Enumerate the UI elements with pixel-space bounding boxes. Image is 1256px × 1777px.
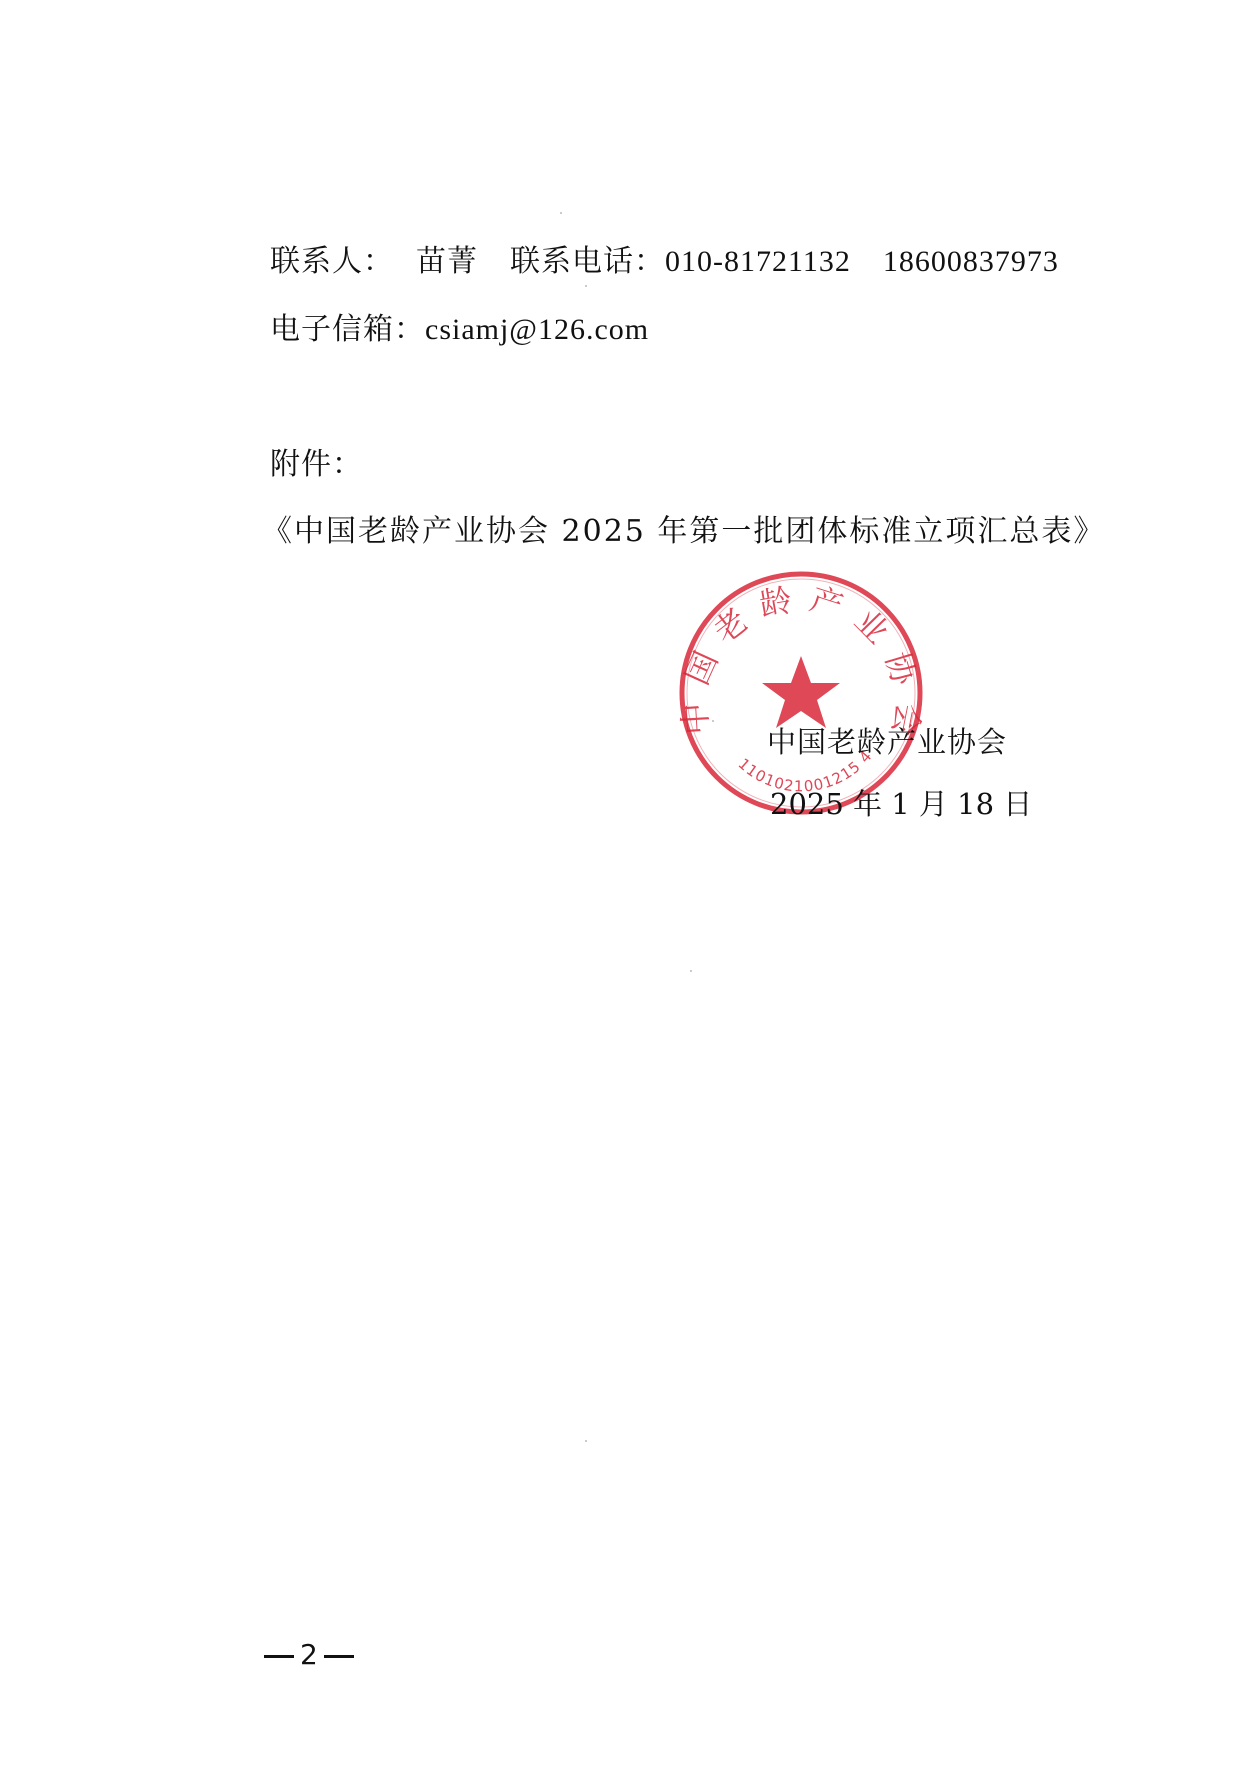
scan-speck bbox=[585, 1440, 587, 1442]
scan-speck bbox=[585, 285, 587, 287]
attachment-label: 附件： bbox=[270, 445, 363, 485]
contact-line: 联系人：苗菁联系电话：010-8172113218600837973 bbox=[270, 242, 1059, 282]
email-address: csiamj@126.com bbox=[425, 313, 649, 346]
signature-organization: 中国老龄产业协会 bbox=[767, 723, 1007, 761]
scan-speck bbox=[712, 720, 714, 722]
official-seal: 中国老龄产业协会 1101021001215 4 bbox=[676, 568, 926, 818]
scan-speck bbox=[560, 212, 562, 214]
email-line: 电子信箱：csiamj@126.com bbox=[270, 310, 649, 350]
page-number: 2 bbox=[258, 1638, 360, 1672]
attachment-title: 《中国老龄产业协会 2025 年第一批团体标准立项汇总表》 bbox=[262, 512, 1105, 552]
signature-date: 2025 年 1 月 18 日 bbox=[770, 785, 1032, 823]
contact-phone-label: 联系电话： bbox=[510, 244, 665, 279]
star-icon bbox=[762, 656, 840, 728]
contact-person-name: 苗菁 bbox=[416, 244, 478, 279]
contact-phone-landline: 010-81721132 bbox=[665, 245, 851, 278]
dash-right bbox=[324, 1655, 354, 1658]
page-number-value: 2 bbox=[300, 1638, 318, 1671]
dash-left bbox=[264, 1655, 294, 1658]
contact-phone-mobile: 18600837973 bbox=[883, 245, 1059, 278]
contact-person-label: 联系人： bbox=[270, 244, 394, 279]
email-label: 电子信箱： bbox=[270, 312, 425, 347]
scan-speck bbox=[690, 970, 692, 972]
